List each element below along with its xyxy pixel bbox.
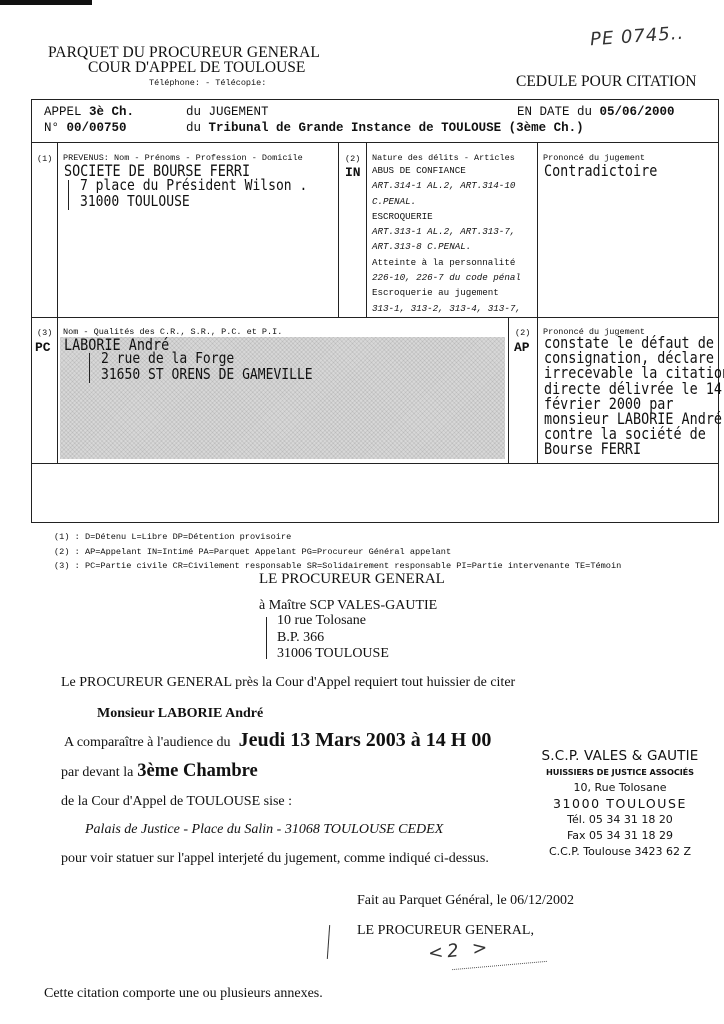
defendant-address: 7 place du Président Wilson . 31000 TOUL… (80, 177, 307, 209)
case-number: N° 00/00750 (44, 121, 127, 135)
signatory: LE PROCUREUR GENERAL, (357, 923, 534, 939)
judgement-label: du JUGEMENT (186, 105, 269, 119)
defendant-ref: (1) (37, 154, 52, 164)
offences-label: Nature des délits - Articles (372, 153, 515, 163)
civil-party-judgement-text: constate le défaut deconsignation, décla… (544, 335, 724, 457)
divider (537, 317, 538, 463)
offence-line: C.PENAL. (372, 194, 521, 209)
offence-line: Atteinte à la personnalité (372, 255, 521, 270)
place-and-date: Fait au Parquet Général, le 06/12/2002 (357, 893, 574, 909)
court-address: Palais de Justice - Place du Salin - 310… (85, 822, 443, 838)
address-bracket (89, 353, 90, 383)
address-bracket (68, 180, 69, 210)
civil-party-address: 2 rue de la Forge 31650 ST ORENS DE GAME… (101, 350, 313, 382)
divider (31, 142, 719, 143)
civil-party-status-code: AP (514, 340, 530, 355)
address-bracket (266, 617, 267, 659)
annex-note: Cette citation comporte une ou plusieurs… (44, 986, 323, 1002)
divider (57, 317, 58, 463)
divider (57, 142, 58, 317)
divider (366, 142, 367, 317)
divider (338, 142, 339, 317)
divider (31, 463, 719, 464)
addressee-address: 10 rue Tolosane B.P. 366 31006 TOULOUSE (277, 613, 389, 663)
offences-list: ABUS DE CONFIANCEART.314-1 AL.2, ART.314… (372, 163, 521, 316)
summons-purpose: pour voir statuer sur l'appel interjeté … (61, 851, 489, 867)
chamber: 3ème Chambre (137, 761, 257, 781)
bailiff-stamp: S.C.P. VALES & GAUTIE HUISSIERS DE JUSTI… (522, 748, 718, 860)
contact-line: Téléphone: - Télécopie: (149, 78, 266, 88)
summoned-person: Monsieur LABORIE André (97, 706, 263, 722)
document-title: CEDULE POUR CITATION (516, 73, 696, 91)
addressee-name: à Maître SCP VALES-GAUTIE (259, 598, 437, 614)
defendant-status-ref: (2) (345, 154, 360, 164)
civil-party-status-ref: (2) (515, 328, 530, 338)
civil-party-ref: (3) (37, 328, 52, 338)
handwritten-reference: PE 0745.. (589, 23, 684, 51)
offence-line: ART.314-1 AL.2, ART.314-10 (372, 178, 521, 193)
chamber-line: par devant la 3ème Chambre (61, 761, 258, 782)
legend-line-3: (3) : PC=Partie civile CR=Civilement res… (54, 561, 621, 571)
judgement-date: EN DATE du 05/06/2000 (517, 105, 675, 119)
offence-line: ABUS DE CONFIANCE (372, 163, 521, 178)
appeal-chamber: APPEL 3è Ch. (44, 105, 134, 119)
offence-line: ART.313-1 AL.2, ART.313-7, (372, 224, 521, 239)
offence-line: 313-1, 313-2, 313-4, 313-7, (372, 301, 521, 316)
scan-edge-mark (0, 0, 92, 5)
signature: <2 > (427, 937, 492, 965)
hearing-line: A comparaître à l'audience du Jeudi 13 M… (64, 729, 491, 752)
judgement-line: Bourse FERRI (544, 441, 724, 456)
margin-mark (327, 925, 330, 959)
court-line: de la Cour d'Appel de TOULOUSE sise : (61, 794, 292, 810)
defendant-status-code: IN (345, 165, 361, 180)
divider (31, 317, 719, 318)
legend-line-1: (1) : D=Détenu L=Libre DP=Détention prov… (54, 532, 291, 542)
hearing-datetime: Jeudi 13 Mars 2003 à 14 H 00 (239, 729, 492, 751)
divider (537, 142, 538, 317)
legend-line-2: (2) : AP=Appelant IN=Intimé PA=Parquet A… (54, 547, 451, 557)
court-name: COUR D'APPEL DE TOULOUSE (88, 59, 305, 77)
divider (508, 317, 509, 463)
offence-line: ART.313-8 C.PENAL. (372, 239, 521, 254)
signature-underline (452, 961, 547, 970)
offence-line: Escroquerie au jugement (372, 285, 521, 300)
offence-line: ESCROQUERIE (372, 209, 521, 224)
defendant-judgement-value: Contradictoire (544, 161, 657, 180)
tribunal: du Tribunal de Grande Instance de TOULOU… (186, 121, 584, 135)
offence-line: 226-10, 226-7 du code pénal (372, 270, 521, 285)
summons-intro: Le PROCUREUR GENERAL près la Cour d'Appe… (61, 675, 515, 691)
issuer: LE PROCUREUR GENERAL (259, 571, 445, 588)
civil-party-code: PC (35, 340, 51, 355)
